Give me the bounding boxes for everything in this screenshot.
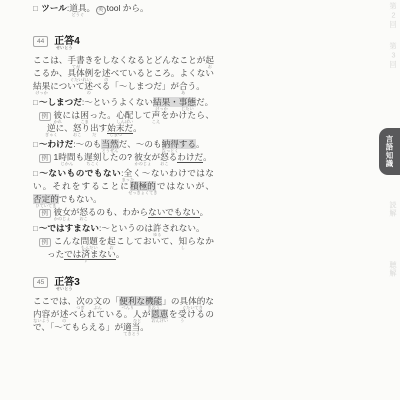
ruby-word: 時間じかん bbox=[58, 153, 75, 162]
furigana: ぶん bbox=[93, 306, 101, 310]
grammar-pattern: 〜ないものでもない bbox=[39, 168, 121, 178]
tab-gengo-chishiki: 言語知識 bbox=[379, 128, 400, 175]
ruby-word: 結果けっか bbox=[33, 82, 50, 91]
ruby-word: 否定的ひていてき bbox=[33, 195, 59, 204]
ruby-word: 怒おこ bbox=[79, 208, 88, 217]
ruby-word: 逆ぎゃく bbox=[47, 124, 56, 133]
checkbox-square-icon: □ bbox=[33, 224, 38, 233]
ruby-word: 起お bbox=[107, 237, 116, 246]
ruby-word: 事態じたい bbox=[179, 98, 196, 107]
page-content: □ ツール:道具どうぐ。英tool から。 44正答せいとう4ここは、手書てがき… bbox=[33, 2, 214, 336]
furigana: とうぜん bbox=[102, 149, 119, 153]
ruby-word: 納得なっとく bbox=[162, 140, 179, 149]
furigana: しまつ bbox=[110, 133, 123, 137]
section-title: 正答せいとう3 bbox=[54, 277, 80, 288]
grammar-pattern: 〜ではすまない bbox=[39, 223, 99, 233]
furigana: どうぐ bbox=[72, 13, 85, 17]
grammar-definition: □〜わけだ:〜のも当然とうぜんだ、〜のも納得なっとくする。 bbox=[33, 138, 214, 151]
ruby-word: 起お bbox=[205, 56, 214, 65]
grammar-definition: □〜ないものでもない:全まったく〜ないわけではない。それをすることに積極的せっき… bbox=[33, 167, 214, 206]
ruby-word: 積極的せっきょくてき bbox=[130, 182, 156, 191]
furigana: す bbox=[84, 259, 88, 263]
furigana: てきとう bbox=[123, 332, 140, 336]
question-number-badge: 45 bbox=[33, 277, 48, 288]
ruby-word: 適当てきとう bbox=[123, 323, 140, 332]
grammar-pattern: 〜しまつだ bbox=[39, 97, 82, 107]
ruby-word: 述の bbox=[84, 82, 93, 91]
ruby-word: 遅刻ちこく bbox=[84, 153, 101, 162]
ruby-word: 便利べんり bbox=[119, 297, 136, 306]
furigana: お bbox=[208, 65, 212, 69]
ruby-word: 正答せいとう bbox=[54, 278, 74, 288]
ruby-word: 合あ bbox=[179, 82, 188, 91]
furigana: の bbox=[104, 78, 108, 82]
explanation-paragraph: ここは、手書てがきをしなくなるとどんなことが起おこるか、具体例ぐたいれいを述のべ… bbox=[33, 54, 214, 93]
section-header: 44正答せいとう4 bbox=[33, 35, 214, 48]
furigana: せいとう bbox=[56, 46, 73, 50]
example-sentence: 例1時間じかんも遅刻ちこくしたの? 彼女かのじょが怒おこるわけだ。 bbox=[33, 151, 214, 164]
answer-section: 45正答せいとう3ここでは、次つぎの文ぶんの「便利べんりな機能きのう」の具体的ぐ… bbox=[33, 276, 214, 334]
furigana: の bbox=[87, 91, 91, 95]
furigana: ないよう bbox=[33, 319, 50, 323]
furigana: おんけい bbox=[151, 319, 168, 323]
furigana: こま bbox=[80, 120, 88, 124]
ruby-word: 知し bbox=[179, 237, 188, 246]
vocab-headword: ツール bbox=[41, 3, 67, 13]
ruby-word: 受う bbox=[178, 310, 187, 319]
answer-section: 44正答せいとう4ここは、手書てがきをしなくなるとどんなことが起おこるか、具体例… bbox=[33, 35, 214, 261]
furigana: お bbox=[109, 246, 113, 250]
furigana: おこ bbox=[73, 133, 81, 137]
furigana: せいとう bbox=[56, 287, 73, 291]
furigana: けっか bbox=[35, 91, 48, 95]
question-number-badge: 44 bbox=[33, 36, 48, 47]
circled-english-icon: 英 bbox=[96, 6, 106, 16]
example-label: 例 bbox=[39, 154, 51, 164]
furigana: かのじょ bbox=[54, 217, 71, 221]
answer-sections: 44正答せいとう4ここは、手書てがきをしなくなるとどんなことが起おこるか、具体例… bbox=[33, 35, 214, 334]
ruby-word: 内容ないよう bbox=[33, 310, 50, 319]
ruby-word: 始末しまつ bbox=[107, 124, 124, 133]
example-sentence: 例彼女かのじょが怒おこるのも、わからないでもない。 bbox=[33, 206, 214, 219]
ruby-word: 出だ bbox=[90, 124, 99, 133]
ruby-word: 済す bbox=[81, 250, 90, 259]
ruby-word: 困こま bbox=[80, 111, 89, 120]
furigana: かのじょ bbox=[134, 162, 151, 166]
section-header: 45正答せいとう3 bbox=[33, 276, 214, 289]
underlined-phrase: ないでもない bbox=[148, 207, 200, 218]
underlined-phrase: わけだ bbox=[177, 152, 203, 163]
furigana: し bbox=[181, 246, 185, 250]
grammar-definition: □〜しまつだ:〜というよくない結果けっか・事態じたいだ。 bbox=[33, 96, 214, 109]
highlighted-term: 当然とうぜん bbox=[101, 139, 118, 149]
example-sentence: 例彼かれには困こまった。心配しんぱいして声こえをかけたら、逆ぎゃくに、怒おこり出… bbox=[33, 109, 214, 135]
ruby-word: 恩恵おんけい bbox=[151, 310, 168, 319]
ruby-word: 述の bbox=[102, 69, 111, 78]
furigana: ちこく bbox=[86, 162, 99, 166]
ruby-word: 手書てが bbox=[67, 56, 84, 65]
tab-dai-2-kai: 第2回 bbox=[388, 2, 398, 29]
ruby-word: 心配しんぱい bbox=[116, 111, 133, 120]
ruby-word: 具体例ぐたいれい bbox=[67, 69, 93, 78]
ruby-word: 声こえ bbox=[152, 111, 161, 120]
ruby-word: 文ぶん bbox=[93, 297, 102, 306]
furigana: だ bbox=[92, 133, 96, 137]
furigana: う bbox=[180, 319, 184, 323]
ruby-word: 怒おこ bbox=[160, 153, 169, 162]
ruby-word: 彼かれ bbox=[54, 111, 63, 120]
ruby-word: 具体的ぐたいてき bbox=[180, 297, 206, 306]
vocab-note-line: □ ツール:道具どうぐ。英tool から。 bbox=[33, 2, 214, 15]
example-sentence: 例こんな問題もんだいを起おこしておいて、知しらなかったでは済すまない。 bbox=[33, 235, 214, 261]
underlined-phrase: では済すまない bbox=[64, 249, 116, 260]
ruby-word: 彼女かのじょ bbox=[54, 208, 71, 217]
ruby-word: 次つぎ bbox=[76, 297, 85, 306]
furigana: ぎゃく bbox=[45, 133, 58, 137]
example-label: 例 bbox=[39, 238, 51, 248]
ruby-word: 機能きのう bbox=[145, 297, 162, 306]
highlighted-term: 納得なっとくする bbox=[162, 139, 196, 149]
checkbox-square-icon: □ bbox=[33, 98, 38, 107]
ruby-word: 全まった bbox=[124, 169, 133, 178]
tab-dokkai: 読解 bbox=[388, 201, 398, 218]
section-title: 正答せいとう4 bbox=[54, 36, 80, 47]
ruby-word: 結果けっか bbox=[153, 98, 170, 107]
furigana: つぎ bbox=[76, 306, 84, 310]
tab-chokai: 聴解 bbox=[388, 261, 398, 278]
scanned-book-page: □ ツール:道具どうぐ。英tool から。 44正答せいとう4ここは、手書てがき… bbox=[0, 0, 400, 400]
furigana: こえ bbox=[152, 120, 160, 124]
ruby-word: 怒おこ bbox=[73, 124, 82, 133]
checkbox-square-icon: □ bbox=[33, 169, 38, 178]
checkbox-square-icon: □ bbox=[33, 4, 38, 13]
ruby-word: 問題もんだい bbox=[81, 237, 98, 246]
highlighted-term: 恩恵おんけい bbox=[151, 309, 168, 319]
furigana: じたい bbox=[181, 107, 194, 111]
grammar-pattern: 〜わけだ bbox=[39, 139, 73, 149]
ruby-word: 道具どうぐ bbox=[69, 4, 86, 13]
tab-dai-3-kai: 第3回 bbox=[388, 42, 398, 69]
example-label: 例 bbox=[39, 209, 51, 219]
furigana: あ bbox=[181, 91, 185, 95]
furigana: ゆる bbox=[153, 233, 161, 237]
ruby-word: 述の bbox=[60, 310, 69, 319]
highlighted-term: 積極的せっきょくてき bbox=[130, 181, 156, 191]
highlighted-term: 便利べんりな機能きのう bbox=[119, 296, 162, 306]
ruby-word: 許ゆる bbox=[153, 224, 162, 233]
ruby-word: 正答せいとう bbox=[54, 37, 74, 47]
highlighted-term: 否定的ひていてき bbox=[33, 194, 59, 204]
ruby-word: 彼女かのじょ bbox=[134, 153, 151, 162]
furigana: じかん bbox=[61, 162, 74, 166]
furigana: せっきょくてき bbox=[128, 191, 157, 195]
grammar-definition: □〜ではすまない:〜というのは許ゆるされない。 bbox=[33, 222, 214, 235]
ruby-word: 当然とうぜん bbox=[101, 140, 118, 149]
furigana: おこ bbox=[160, 162, 168, 166]
highlighted-term: 結果けっか・事態じたい bbox=[153, 97, 196, 107]
ruby-word: 人ひと bbox=[133, 310, 142, 319]
vocab-note-text: :道具どうぐ。英tool から。 bbox=[67, 3, 149, 13]
underlined-phrase: 始末しまつだ bbox=[107, 123, 133, 134]
furigana: おこ bbox=[79, 217, 87, 221]
furigana: の bbox=[62, 319, 66, 323]
checkbox-square-icon: □ bbox=[33, 140, 38, 149]
explanation-paragraph: ここでは、次つぎの文ぶんの「便利べんりな機能きのう」の具体的ぐたいてきな内容ない… bbox=[33, 295, 214, 334]
example-label: 例 bbox=[39, 112, 51, 122]
